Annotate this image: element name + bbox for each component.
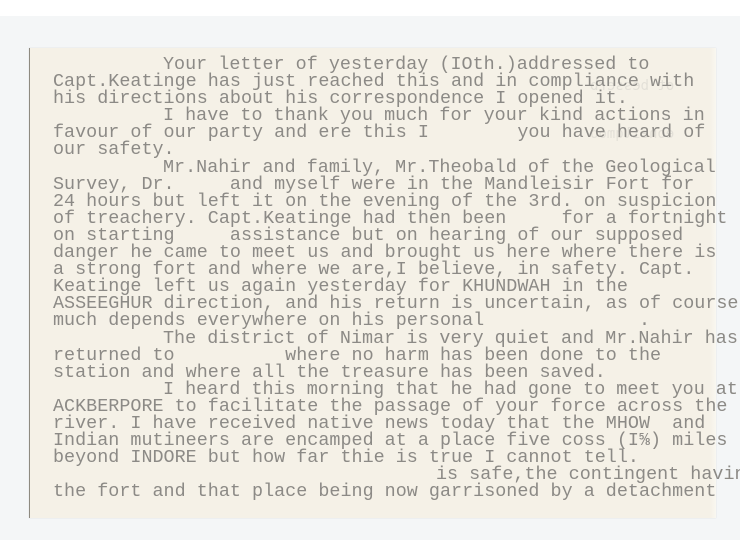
letter-line: the fort and that place being now garris… <box>53 483 740 500</box>
letter-line: much depends everywhere on his personal … <box>53 312 740 329</box>
letter-line: our safety. <box>53 141 740 158</box>
letter-body: Your letter of yesterday (IOth.)addresse… <box>53 56 740 500</box>
